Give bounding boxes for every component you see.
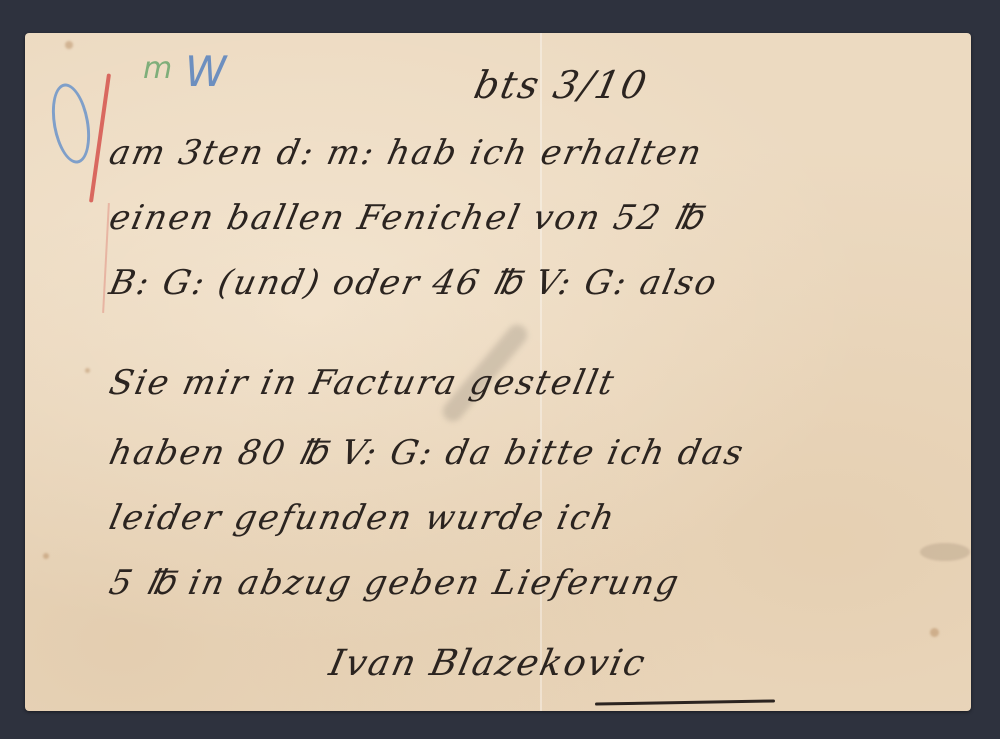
blue-pencil-oval-mark bbox=[46, 80, 96, 166]
letter-line: B: G: (und) oder 46 ℔ V: G: also bbox=[106, 263, 722, 303]
signature-underline bbox=[595, 699, 775, 705]
foxing-stain bbox=[920, 543, 970, 561]
letter-line: Sie mir in Factura gestellt bbox=[106, 363, 619, 403]
blue-pencil-mark: W bbox=[185, 47, 227, 96]
letter-line: am 3ten d: m: hab ich erhalten bbox=[106, 133, 707, 173]
letter-line: leider gefunden wurde ich bbox=[106, 498, 620, 538]
foxing-stain bbox=[85, 368, 90, 373]
letter-line: haben 80 ℔ V: G: da bitte ich das bbox=[106, 433, 749, 473]
letter-header: bts 3/10 bbox=[470, 63, 652, 107]
green-pencil-mark: m bbox=[143, 51, 172, 86]
foxing-stain bbox=[65, 41, 73, 49]
red-pencil-stroke bbox=[89, 73, 111, 202]
letter-line: 5 ℔ in abzug geben Lieferung bbox=[106, 563, 684, 603]
foxing-stain bbox=[930, 628, 939, 637]
signature: Ivan Blazekovic bbox=[326, 643, 651, 684]
letter-line: einen ballen Fenichel von 52 ℔ bbox=[106, 198, 708, 238]
foxing-stain bbox=[43, 553, 49, 559]
postcard: m W bts 3/10 am 3ten d: m: hab ich erhal… bbox=[25, 33, 971, 711]
